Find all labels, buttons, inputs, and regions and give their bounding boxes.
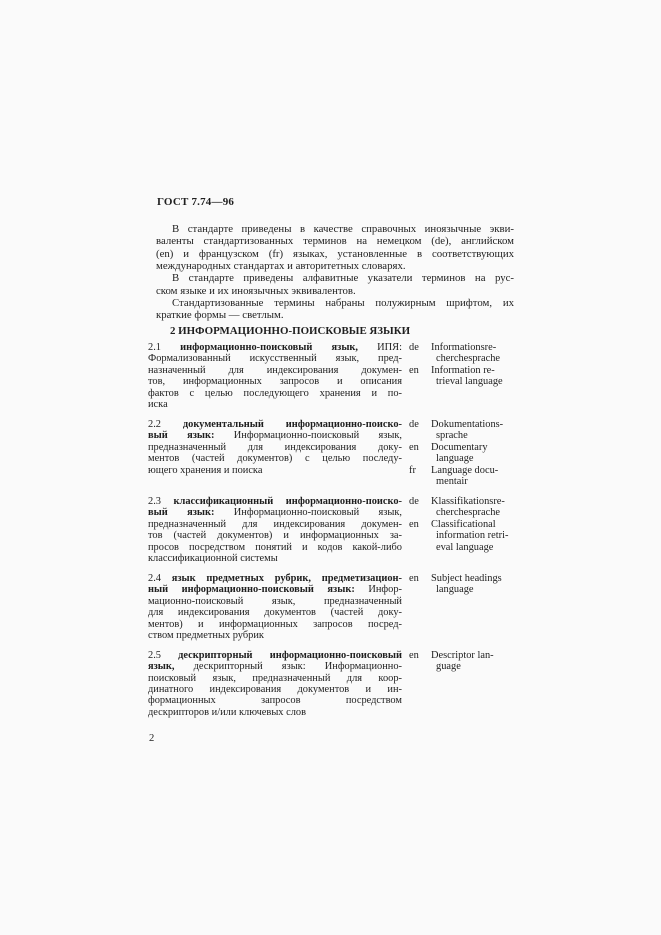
russian-text-line: поисковый язык, предназначенный для коор… — [148, 673, 402, 684]
text-segment: Информационно-поисковый язык, — [214, 430, 402, 441]
translation-block: deDokumentations-sprache — [409, 419, 539, 442]
translation-text-line: cherchesprache — [431, 507, 535, 518]
russian-text-line: ющего хранения и поиска — [148, 465, 402, 476]
intro-text-line: Стандартизованные термины набраны полужи… — [156, 297, 514, 309]
translation-block: enSubject headingslanguage — [409, 573, 539, 596]
text-segment: Формализованный искусственный язык, пред… — [148, 353, 402, 364]
translation-text-line: Klassifikationsre- — [431, 496, 535, 507]
section-heading: 2 ИНФОРМАЦИОННО-ПОИСКОВЫЕ ЯЗЫКИ — [170, 325, 410, 337]
russian-text-line: вый язык: Информационно-поисковый язык, — [148, 430, 402, 441]
term-entry: 2.5 дескрипторный информационно-поисковы… — [148, 650, 653, 719]
text-segment: дескрипторный язык: Информационно- — [175, 661, 403, 672]
translation-term: Information re-trieval language — [431, 365, 535, 388]
russian-text-line: классификационной системы — [148, 553, 402, 564]
translation-block: frLanguage docu-mentair — [409, 465, 539, 488]
translation-block: enInformation re-trieval language — [409, 365, 539, 388]
text-segment: формационных запросов посредством — [148, 695, 402, 706]
text-segment: динатного индексирования документов и ин… — [148, 684, 402, 695]
text-segment: Инфор- — [355, 584, 402, 595]
translation-term: Dokumentations-sprache — [431, 419, 535, 442]
russian-text-line: мационно-поисковый язык, предназначенный — [148, 596, 402, 607]
term-bold-segment: информационно-поисковый язык, — [180, 342, 358, 353]
intro-section: В стандарте приведены в качестве справоч… — [156, 223, 514, 322]
term-bold-segment: документальный информационно-поиско- — [183, 419, 402, 430]
translation-text-line: Information re- — [431, 365, 535, 376]
translation-text-line: trieval language — [431, 376, 535, 387]
russian-text-line: Формализованный искусственный язык, пред… — [148, 353, 402, 364]
text-segment: предназначенный для индексирования докум… — [148, 519, 402, 530]
russian-term-column: 2.1 информационно-поисковый язык, ИПЯ:Фо… — [148, 342, 402, 411]
translation-text-line: cherchesprache — [431, 353, 535, 364]
translation-text-line: eval language — [431, 542, 535, 553]
translation-text-line: Subject headings — [431, 573, 535, 584]
text-segment: ющего хранения и поиска — [148, 465, 262, 476]
text-segment: назначенный для индексирования докумен- — [148, 365, 402, 376]
language-code: fr — [409, 465, 431, 476]
translation-term: Classificationalinformation retri-eval l… — [431, 519, 535, 553]
intro-text-line: В стандарте приведены в качестве справоч… — [156, 223, 514, 235]
text-segment: Информационно-поисковый язык, — [214, 507, 402, 518]
text-segment: 2.4 — [148, 573, 172, 584]
text-segment: ством предметных рубрик — [148, 630, 264, 641]
russian-text-line: предназначенный для индексирования докум… — [148, 519, 402, 530]
translation-block: deInformationsre-cherchesprache — [409, 342, 539, 365]
text-segment: поисковый язык, предназначенный для коор… — [148, 673, 402, 684]
russian-term-column: 2.4 язык предметных рубрик, предметизаци… — [148, 573, 402, 642]
text-segment: тов, информационных запросов и описания — [148, 376, 402, 387]
term-bold-segment: ный информационно-поисковый язык: — [148, 584, 355, 595]
intro-text-line: международных стандартах и авторитетных … — [156, 260, 514, 272]
term-entry: 2.2 документальный информационно-поиско-… — [148, 419, 653, 488]
term-entry: 2.1 информационно-поисковый язык, ИПЯ:Фо… — [148, 342, 653, 411]
language-code: de — [409, 342, 431, 353]
russian-text-line: тов (частей документов) и информационных… — [148, 530, 402, 541]
language-code: en — [409, 442, 431, 453]
term-bold-segment: дескрипторный информационно-поисковый — [178, 650, 402, 661]
russian-text-line: дескрипторов и/или ключевых слов — [148, 707, 402, 718]
russian-text-line: ментов) и информационных запросов посред… — [148, 619, 402, 630]
russian-text-line: язык, дескрипторный язык: Информационно- — [148, 661, 402, 672]
text-segment: классификационной системы — [148, 553, 278, 564]
translation-text-line: information retri- — [431, 530, 535, 541]
translation-term: Descriptor lan-guage — [431, 650, 535, 673]
translation-column: deInformationsre-cherchespracheenInforma… — [409, 342, 539, 388]
term-entry: 2.4 язык предметных рубрик, предметизаци… — [148, 573, 653, 642]
standard-code: ГОСТ 7.74—96 — [157, 196, 234, 208]
russian-text-line: предназначенный для индексирования доку- — [148, 442, 402, 453]
russian-text-line: ный информационно-поисковый язык: Инфор- — [148, 584, 402, 595]
russian-term-column: 2.2 документальный информационно-поиско-… — [148, 419, 402, 476]
language-code: en — [409, 519, 431, 530]
text-segment: мационно-поисковый язык, предназначенный — [148, 596, 402, 607]
language-code: de — [409, 496, 431, 507]
translation-text-line: guage — [431, 661, 535, 672]
text-segment: 2.1 — [148, 342, 180, 353]
text-segment: предназначенный для индексирования доку- — [148, 442, 402, 453]
translation-text-line: Descriptor lan- — [431, 650, 535, 661]
intro-text-line: ском языке и их иноязычных эквивалентов. — [156, 285, 514, 297]
intro-text-line: (en) и французском (fr) языках, установл… — [156, 248, 514, 260]
term-bold-segment: классификационный информационно-поиско- — [174, 496, 402, 507]
text-segment: иска — [148, 399, 168, 410]
term-bold-segment: вый язык: — [148, 430, 214, 441]
text-segment: 2.2 — [148, 419, 183, 430]
text-segment: просов посредством понятий и кодов какой… — [148, 542, 402, 553]
russian-text-line: 2.1 информационно-поисковый язык, ИПЯ: — [148, 342, 402, 353]
russian-text-line: просов посредством понятий и кодов какой… — [148, 542, 402, 553]
russian-term-column: 2.3 классификационный информационно-поис… — [148, 496, 402, 565]
russian-text-line: 2.4 язык предметных рубрик, предметизаци… — [148, 573, 402, 584]
russian-text-line: 2.2 документальный информационно-поиско- — [148, 419, 402, 430]
text-segment: ИПЯ: — [358, 342, 402, 353]
russian-text-line: для индексирования документов (частей до… — [148, 607, 402, 618]
term-bold-segment: язык предметных рубрик, предметизацион- — [172, 573, 402, 584]
translation-block: enDocumentarylanguage — [409, 442, 539, 465]
russian-text-line: тов, информационных запросов и описания — [148, 376, 402, 387]
translation-term: Language docu-mentair — [431, 465, 535, 488]
translation-text-line: Language docu- — [431, 465, 535, 476]
translation-block: enClassificationalinformation retri-eval… — [409, 519, 539, 553]
translation-block: enDescriptor lan-guage — [409, 650, 539, 673]
translation-term: Informationsre-cherchesprache — [431, 342, 535, 365]
translation-column: enDescriptor lan-guage — [409, 650, 539, 673]
translation-column: deDokumentations-spracheenDocumentarylan… — [409, 419, 539, 488]
translation-term: Subject headingslanguage — [431, 573, 535, 596]
translation-text-line: language — [431, 453, 535, 464]
term-entries: 2.1 информационно-поисковый язык, ИПЯ:Фо… — [148, 342, 653, 727]
intro-text-line: краткие формы — светлым. — [156, 309, 514, 321]
translation-block: deKlassifikationsre-cherchesprache — [409, 496, 539, 519]
intro-text-line: валенты стандартизованных терминов на не… — [156, 235, 514, 247]
language-code: en — [409, 573, 431, 584]
russian-text-line: ментов (частей документов) с целью после… — [148, 453, 402, 464]
translation-text-line: Dokumentations- — [431, 419, 535, 430]
translation-text-line: Classificational — [431, 519, 535, 530]
translation-text-line: Informationsre- — [431, 342, 535, 353]
text-segment: фактов с целью последующего хранения и п… — [148, 388, 402, 399]
language-code: en — [409, 365, 431, 376]
russian-text-line: ством предметных рубрик — [148, 630, 402, 641]
russian-text-line: 2.5 дескрипторный информационно-поисковы… — [148, 650, 402, 661]
term-bold-segment: язык, — [148, 661, 175, 672]
russian-text-line: динатного индексирования документов и ин… — [148, 684, 402, 695]
text-segment: ментов) и информационных запросов посред… — [148, 619, 402, 630]
text-segment: ментов (частей документов) с целью после… — [148, 453, 402, 464]
page-number: 2 — [149, 733, 154, 744]
document-page: ГОСТ 7.74—96 В стандарте приведены в кач… — [0, 0, 661, 935]
russian-text-line: вый язык: Информационно-поисковый язык, — [148, 507, 402, 518]
translation-text-line: Documentary — [431, 442, 535, 453]
language-code: en — [409, 650, 431, 661]
russian-text-line: формационных запросов посредством — [148, 695, 402, 706]
translation-term: Klassifikationsre-cherchesprache — [431, 496, 535, 519]
text-segment: 2.5 — [148, 650, 178, 661]
translation-text-line: sprache — [431, 430, 535, 441]
translation-column: enSubject headingslanguage — [409, 573, 539, 596]
russian-term-column: 2.5 дескрипторный информационно-поисковы… — [148, 650, 402, 719]
term-entry: 2.3 классификационный информационно-поис… — [148, 496, 653, 565]
russian-text-line: 2.3 классификационный информационно-поис… — [148, 496, 402, 507]
translation-text-line: language — [431, 584, 535, 595]
text-segment: 2.3 — [148, 496, 174, 507]
translation-term: Documentarylanguage — [431, 442, 535, 465]
russian-text-line: назначенный для индексирования докумен- — [148, 365, 402, 376]
text-segment: для индексирования документов (частей до… — [148, 607, 402, 618]
text-segment: дескрипторов и/или ключевых слов — [148, 707, 306, 718]
intro-text-line: В стандарте приведены алфавитные указате… — [156, 272, 514, 284]
translation-text-line: mentair — [431, 476, 535, 487]
russian-text-line: фактов с целью последующего хранения и п… — [148, 388, 402, 399]
russian-text-line: иска — [148, 399, 402, 410]
translation-column: deKlassifikationsre-cherchespracheenClas… — [409, 496, 539, 553]
language-code: de — [409, 419, 431, 430]
text-segment: тов (частей документов) и информационных… — [148, 530, 402, 541]
term-bold-segment: вый язык: — [148, 507, 214, 518]
